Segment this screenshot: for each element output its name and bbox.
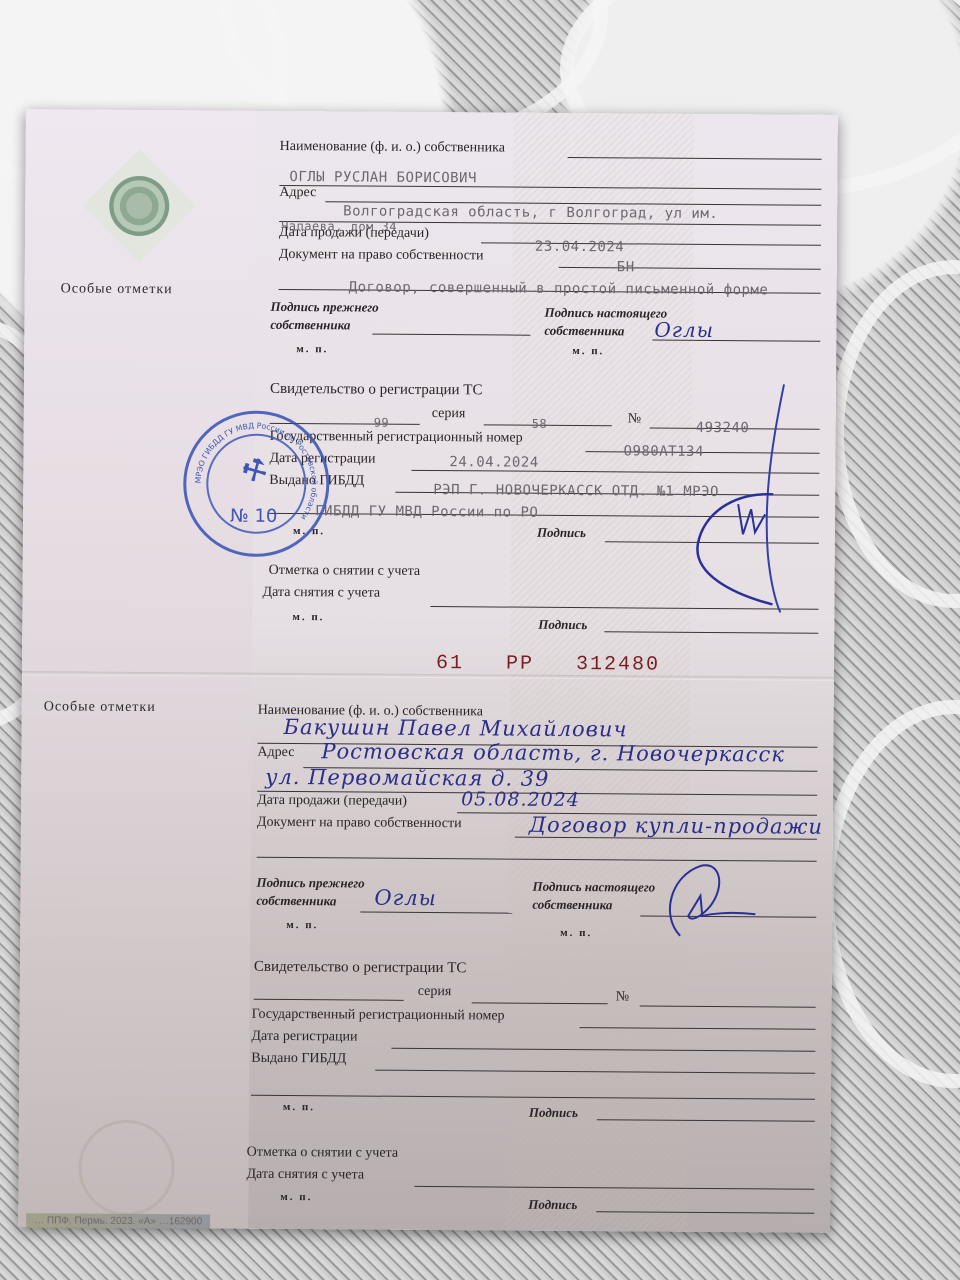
owner-name-label-1: Наименование (ф. и. о.) собственника: [280, 139, 505, 157]
cur-owner-sig-label-2b: собственника: [532, 897, 612, 914]
seal-place-1b: м. п.: [572, 345, 604, 357]
signature-label-2b: Подпись: [528, 1197, 577, 1213]
cur-owner-sig-label-1b: собственника: [544, 323, 624, 340]
owner-name-value-2: Бакушин Павел Михайлович: [284, 715, 628, 741]
special-notes-label-top: Особые отметки: [61, 281, 173, 298]
deregistration-date-label-2: Дата снятия с учета: [246, 1167, 364, 1184]
ownership-doc-label-2: Документ на право собственности: [257, 815, 462, 832]
deregistration-date-label-1: Дата снятия с учета: [262, 585, 380, 602]
reg-cert-label-1: Свидетельство о регистрации ТС: [270, 381, 483, 399]
seal-place-1d: м. п.: [292, 611, 324, 623]
cur-owner-signature-2: [630, 855, 761, 946]
seal-place-2a: м. п.: [286, 919, 318, 931]
watermark-emblem-icon: [78, 1120, 175, 1217]
left-margin-strip: [18, 109, 256, 1229]
reg-cert-label-2: Свидетельство о регистрации ТС: [254, 959, 467, 977]
signature-label-1b: Подпись: [538, 617, 587, 633]
prev-owner-signature-2: Оглы: [374, 886, 436, 910]
series-label-1: серия: [432, 406, 466, 422]
printer-imprint: … ППФ. Пермь. 2023. «А» …162900: [26, 1213, 210, 1229]
number-sign-label-1: №: [628, 411, 641, 427]
number-sign-label-2: №: [616, 989, 629, 1005]
ownership-doc-value-2: Договор купли-продажи: [529, 813, 823, 839]
address-label-1: Адрес: [279, 185, 316, 201]
prev-owner-sig-label-2a: Подпись прежнего: [256, 875, 364, 892]
seal-place-2b: м. п.: [560, 927, 592, 939]
vehicle-passport-page: Особые отметки Наименование (ф. и. о.) с…: [18, 109, 838, 1233]
issued-by-label-2: Выдано ГИБДД: [251, 1051, 346, 1068]
special-notes-label-bottom: Особые отметки: [44, 699, 156, 716]
cur-owner-sig-label-1a: Подпись настоящего: [544, 305, 667, 322]
sale-date-value-2: 05.08.2024: [461, 788, 580, 811]
prev-owner-sig-label-1b: собственника: [270, 317, 350, 334]
reg-date-label-2: Дата регистрации: [251, 1029, 357, 1046]
address-label-2: Адрес: [257, 745, 294, 761]
seal-place-1a: м. п.: [296, 343, 328, 355]
reg-cert-series-1a: 99: [374, 416, 390, 430]
reg-cert-series-1b: 58: [532, 417, 548, 431]
official-stamp: МРЭО ГИБДД ГУ МВД России по Ростовской о…: [183, 410, 330, 557]
signature-label-2: Подпись: [529, 1105, 578, 1121]
lace-tablecloth-decoration: [830, 260, 960, 608]
issued-by-value-1b: ГИБДД ГУ МВД России по РО: [315, 503, 538, 521]
signature-label-1: Подпись: [537, 525, 586, 541]
sale-date-label-1: Дата продажи (передачи): [279, 225, 429, 242]
seal-place-2c: м. п.: [283, 1101, 315, 1113]
prev-owner-sig-label-2b: собственника: [256, 893, 336, 910]
address-value-1a: Волгоградская область, г Волгоград, ул и…: [343, 203, 718, 222]
ownership-doc-value-1b: Договор, совершенный в простой письменно…: [349, 279, 769, 298]
owner-name-value-1: ОГЛЫ РУСЛАН БОРИСОВИЧ: [289, 169, 477, 186]
seal-place-2d: м. п.: [280, 1191, 312, 1203]
inspector-signature: [672, 374, 814, 615]
lace-tablecloth-decoration: [820, 700, 960, 1088]
deregistration-label-2: Отметка о снятии с учета: [247, 1145, 399, 1162]
deregistration-label-1: Отметка о снятии с учета: [269, 563, 421, 580]
stamp-number: № 10: [230, 506, 278, 527]
sale-date-label-2: Дата продажи (передачи): [257, 793, 407, 810]
ownership-doc-value-1a: БН: [617, 259, 635, 275]
ownership-doc-label-1: Документ на право собственности: [279, 247, 484, 264]
address-value-2a: Ростовская область, г. Новочеркасск: [321, 739, 785, 766]
document-serial-number: 61 PP 312480: [436, 652, 660, 677]
sale-date-value-1: 23.04.2024: [535, 239, 624, 256]
prev-owner-sig-label-1a: Подпись прежнего: [270, 299, 378, 316]
reg-date-value-1: 24.04.2024: [449, 454, 538, 471]
cur-owner-signature-1: Оглы: [654, 318, 714, 342]
address-value-2b: ул. Первомайская д. 39: [265, 765, 549, 791]
reg-plate-label-2: Государственный регистрационный номер: [252, 1007, 505, 1025]
series-label-2: серия: [418, 984, 452, 1000]
